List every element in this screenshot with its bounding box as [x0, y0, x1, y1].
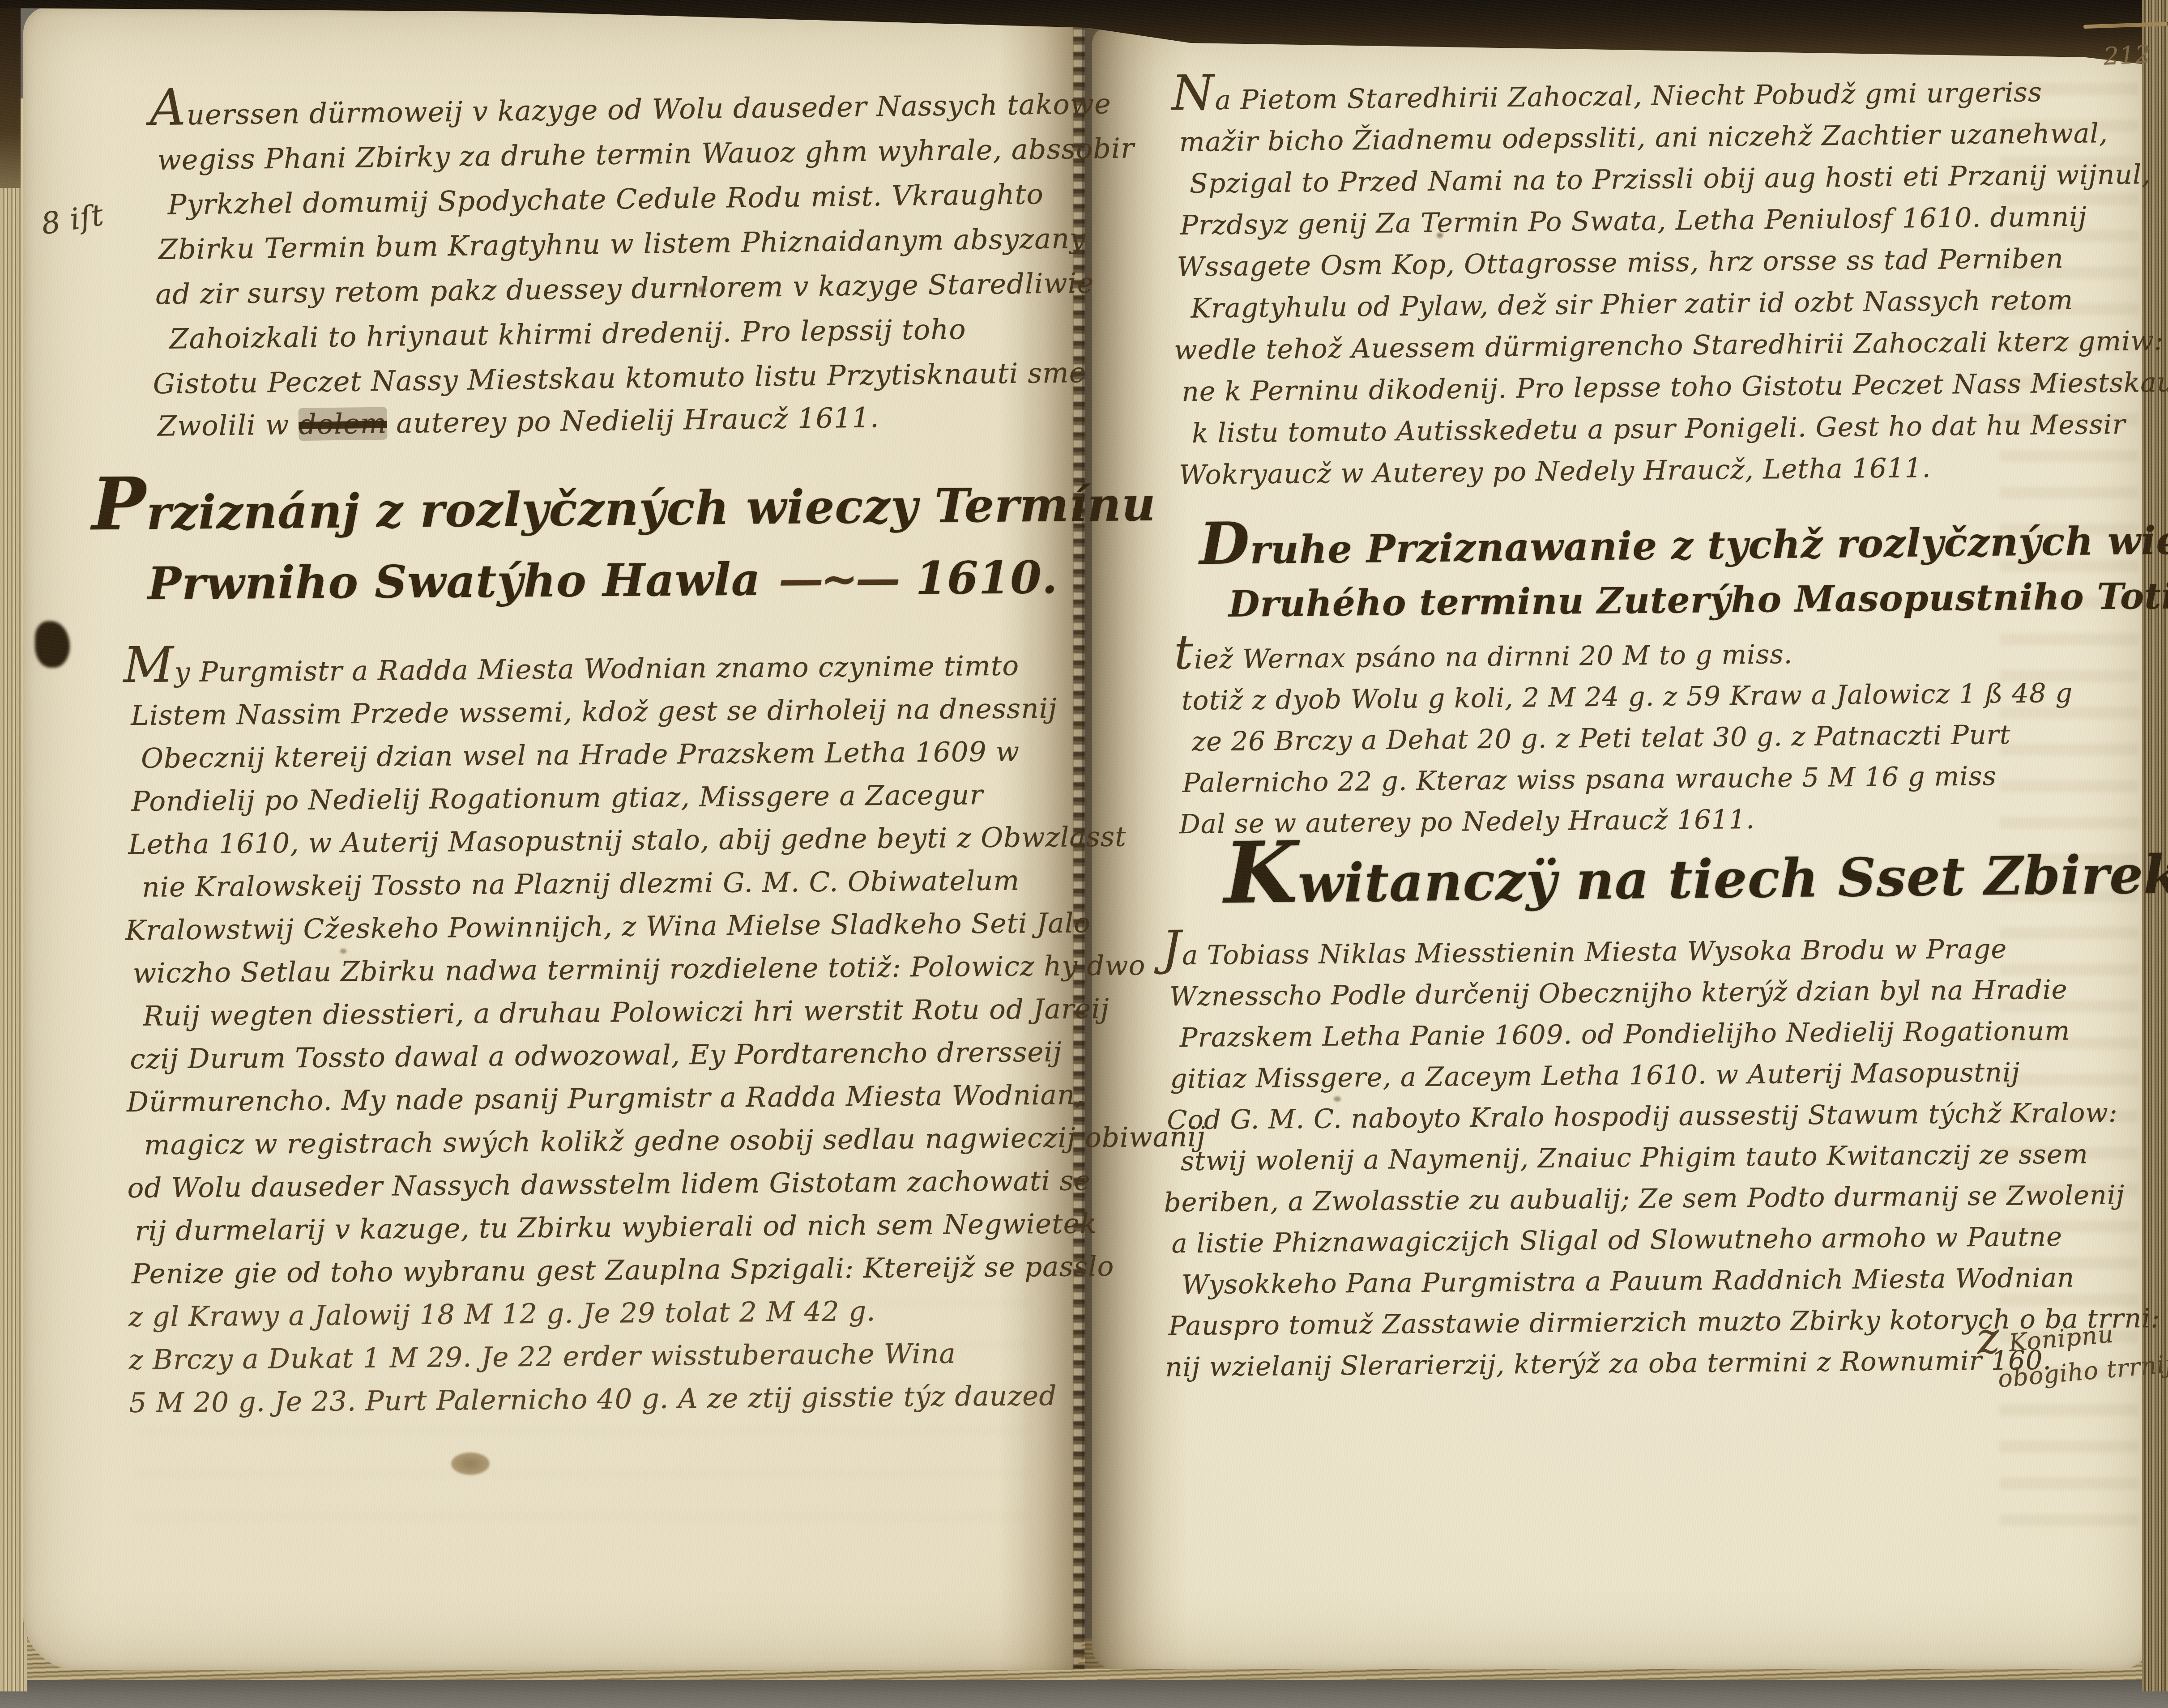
text-line: Kragtyhulu od Pylaw, dež sir Phier zatir… [1174, 280, 2024, 330]
text-line: Wokryaucž w Auterey po Nedely Hraucž, Le… [1175, 447, 2026, 496]
ink-speck [1334, 1096, 1341, 1102]
text-line: Prazskem Letha Panie 1609. od Pondielijh… [1163, 1011, 2014, 1059]
text-line: nie Kralowskeij Tossto na Plaznij dlezmi… [125, 859, 1052, 909]
text-line: Dürmurencho. My nade psanij Purgmistr a … [127, 1074, 1054, 1124]
text-line: Wznesscho Podle durčenij Obecznijho kter… [1162, 970, 2013, 1018]
text-line: Cod G. M. C. naboyto Kralo hospodij auss… [1163, 1093, 2014, 1141]
text-line: Spzigal to Przed Nami na to Przissli obi… [1172, 155, 2023, 205]
ink-speck [698, 286, 706, 293]
heading-date: 1610. [915, 551, 1058, 605]
text-line: Dal se w auterey po Nedely Hraucž 1611. [1175, 796, 2017, 845]
text-line: z gl Krawy a Jalowij 18 M 12 g. Je 29 to… [128, 1289, 1055, 1339]
right-paragraph-3: Ja Tobiass Niklas Miesstienin Miesta Wys… [1162, 929, 2016, 1388]
right-heading-line2: Druhého terminu Zuterýho Masopustniho To… [1229, 574, 2168, 625]
text-line: totiž z dyob Wolu g koli, 2 M 24 g. z 59… [1174, 673, 2016, 721]
text-line: z Brczy a Dukat 1 M 29. Je 22 erder wiss… [128, 1332, 1055, 1382]
paper-stain [451, 1452, 490, 1475]
text-line: rij durmelarij v kazuge, tu Zbirku wybie… [128, 1203, 1054, 1253]
text-line: Palernicho 22 g. Kteraz wiss psana wrauc… [1175, 755, 2017, 804]
text-line: Pauspro tomuž Zasstawie dirmierzich muzt… [1165, 1299, 2016, 1347]
left-paragraph-2: My Purgmistr a Radda Miesta Wodnian znam… [123, 644, 1056, 1425]
right-paragraph-2: tiež Wernax psáno na dirnni 20 M to g mi… [1174, 632, 2017, 845]
text-line: k listu tomuto Autisskedetu a psur Ponig… [1175, 405, 2026, 455]
ink-speck [340, 949, 346, 954]
text-line: wiczho Setlau Zbirku nadwa terminij rozd… [126, 945, 1053, 995]
left-heading-line1: Prziznánj z rozlyčzných wieczy Termínu [92, 477, 1156, 541]
text-line: Kralowstwij Cžeskeho Powinnijch, z Wina … [125, 902, 1052, 952]
text-line: My Purgmistr a Radda Miesta Wodnian znam… [123, 644, 1050, 694]
page-number: 212 [2103, 40, 2151, 70]
heading-text: Prwniho Swatýho Hawla [148, 553, 761, 610]
text-run: Zwolili w [158, 408, 299, 443]
text-line: stwij wolenij a Naymenij, Znaiuc Phigim … [1164, 1134, 2014, 1182]
struck-out-word: dolem [299, 407, 387, 441]
text-line: Listem Nassim Przede wssemi, kdož gest s… [124, 687, 1050, 737]
right-paragraph-1: Na Pietom Staredhirii Zahoczal, Niecht P… [1172, 72, 2026, 496]
text-line: Letha 1610, w Auterij Masopustnij stalo,… [124, 816, 1051, 866]
text-line: magicz w registrach swých kolikž gedne o… [127, 1117, 1054, 1167]
text-line: ze 26 Brczy a Dehat 20 g. z Peti telat 3… [1175, 714, 2017, 762]
text-line: od Wolu dauseder Nassych dawsstelm lidem… [127, 1160, 1054, 1210]
text-line: 5 M 20 g. Je 23. Purt Palernicho 40 g. A… [129, 1375, 1056, 1425]
text-line: wedle tehož Auessem dürmigrencho Staredh… [1174, 322, 2025, 371]
text-line: tiež Wernax psáno na dirnni 20 M to g mi… [1174, 632, 2016, 680]
text-line: Ruij wegten diesstieri, a druhau Polowic… [126, 988, 1053, 1038]
left-paragraph-1: Auerssen dürmoweij v kazyge od Wolu daus… [149, 82, 1053, 407]
text-line: Przdsyz genij Za Termin Po Swata, Letha … [1173, 197, 2023, 247]
text-line: Ja Tobiass Niklas Miesstienin Miesta Wys… [1162, 929, 2013, 976]
flourish-dash: —~— [778, 552, 898, 605]
right-section-heading: Kwitanczÿ na tiech Sset Zbirek [1224, 843, 2168, 915]
ink-speck [1437, 233, 1443, 238]
text-line: gitiaz Missgere, a Zaceym Letha 1610. w … [1163, 1052, 2014, 1100]
text-line: nij wzielanij Slerarierzij, kterýž za ob… [1165, 1340, 2016, 1388]
text-line: Penize gie od toho wybranu gest Zauplna … [128, 1246, 1055, 1296]
text-line: beriben, a Zwolasstie zu aubualij; Ze se… [1164, 1176, 2014, 1223]
left-heading-line2: Prwniho Swatýho Hawla —~— 1610. [148, 551, 1058, 610]
book-spine [0, 0, 21, 188]
page-stack-left-edge [0, 98, 27, 1691]
text-run: auterey po Nedielij Hraucž 1611. [387, 401, 879, 439]
text-line: Pondielij po Nedielij Rogationum gtiaz, … [124, 773, 1051, 823]
text-line: Na Pietom Staredhirii Zahoczal, Niecht P… [1172, 72, 2023, 122]
text-line: mažir bicho Žiadnemu odepssliti, ani nic… [1172, 114, 2023, 163]
text-line: czij Durum Tossto dawal a odwozowal, Ey … [126, 1031, 1053, 1081]
text-line: Obecznij ktereij dzian wsel na Hrade Pra… [124, 730, 1051, 780]
table-surface [0, 1680, 2168, 1708]
text-line: Wssagete Osm Kop, Ottagrosse miss, hrz o… [1173, 239, 2024, 288]
text-line: Wysokkeho Pana Purgmistra a Pauum Raddni… [1165, 1258, 2015, 1306]
text-line: a listie Phiznawagiczijch Sligal od Slow… [1164, 1217, 2015, 1265]
manuscript-photo: 8 iſt Auerssen dürmoweij v kazyge od Wol… [0, 0, 2168, 1708]
text-line: ne k Perninu dikodenij. Pro lepsse toho … [1174, 363, 2025, 413]
